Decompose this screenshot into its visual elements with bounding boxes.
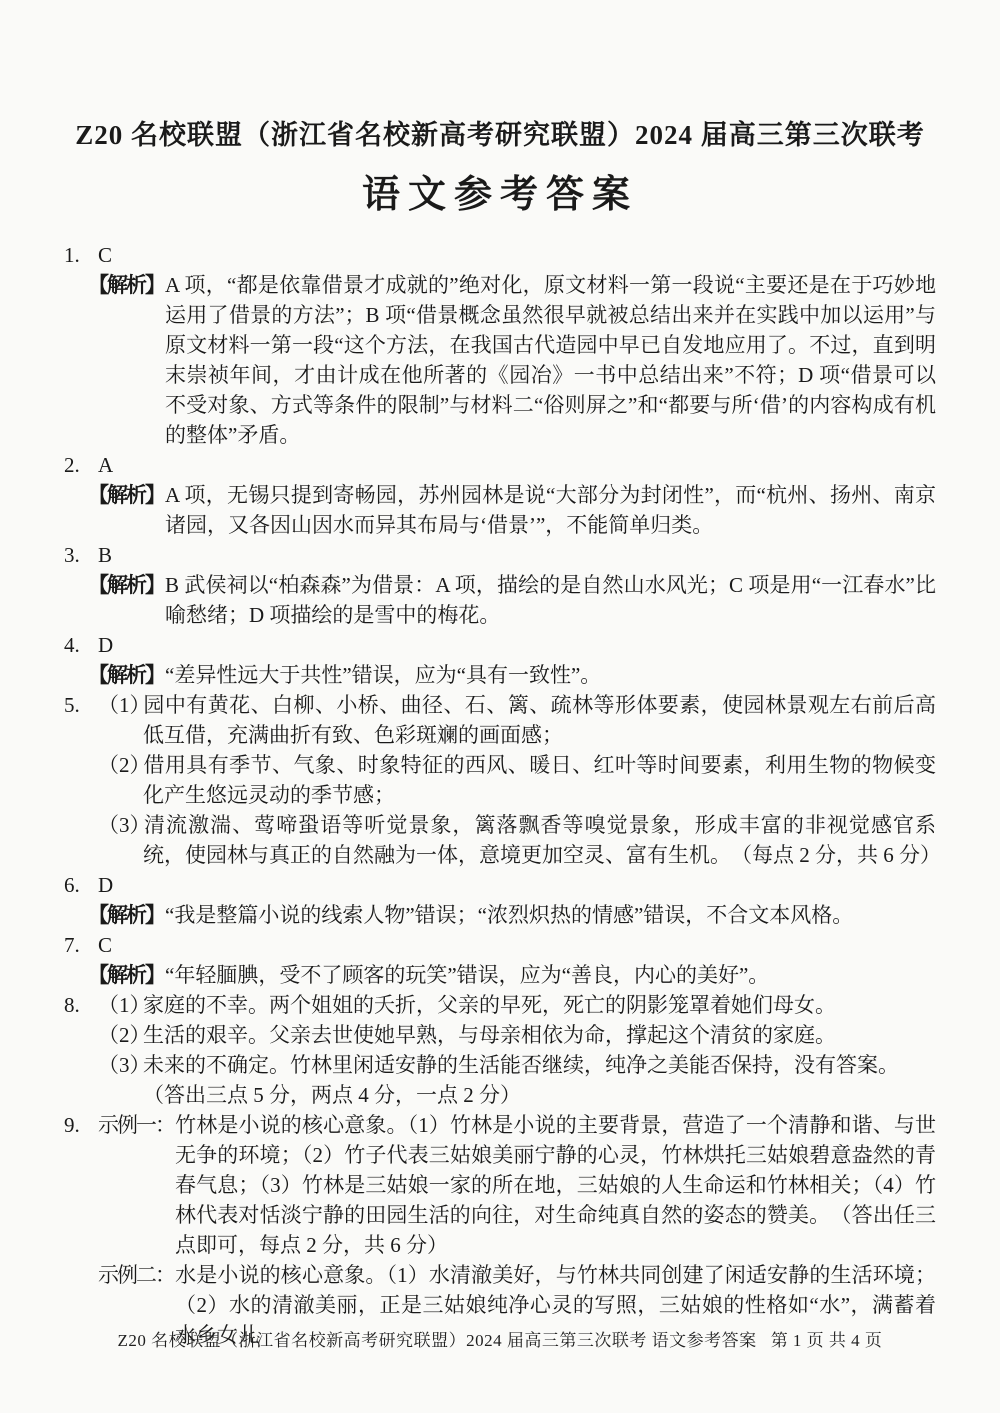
question-number: 9.	[64, 1110, 98, 1350]
question-number: 2.	[64, 450, 98, 480]
exam-answer-sheet: Z20 名校联盟（浙江省名校新高考研究联盟）2024 届高三第三次联考 语文参考…	[0, 0, 1000, 1413]
question-9-block: 9. 示例一：竹林是小说的核心意象。（1）竹林是小说的主要背景，营造了一个清静和…	[64, 1110, 936, 1350]
analysis-paragraph: 【解析】B 武侯祠以“柏森森”为借景：A 项，描绘的是自然山水风光；C 项是用“…	[88, 570, 936, 630]
question-number: 8.	[64, 990, 98, 1110]
part-label: （2）	[98, 750, 143, 780]
page-indicator: 第 1 页 共 4 页	[771, 1331, 883, 1350]
part-text: 清流激湍、莺啼蛩语等听觉景象，篱落飘香等嗅觉景象，形成丰富的非视觉感官系统，使园…	[143, 813, 941, 867]
question-5-block: 5. （1）园中有黄花、白柳、小桥、曲径、石、篱、疏林等形体要素，使园林景观左右…	[64, 690, 936, 870]
analysis-text: A 项，“都是依靠借景才成就的”绝对化，原文材料一第一段说“主要还是在于巧妙地运…	[165, 273, 936, 447]
analysis-label: 【解析】	[88, 270, 165, 300]
answers-list: 1.C 【解析】A 项，“都是依靠借景才成就的”绝对化，原文材料一第一段说“主要…	[64, 240, 936, 1350]
answer-choice: C	[98, 930, 112, 960]
part-label: （3）	[98, 1050, 143, 1080]
part-text: 园中有黄花、白柳、小桥、曲径、石、篱、疏林等形体要素，使园林景观左右前后高低互借…	[143, 693, 936, 747]
answer-part: （3）清流激湍、莺啼蛩语等听觉景象，篱落飘香等嗅觉景象，形成丰富的非视觉感官系统…	[98, 810, 936, 870]
example-text: 竹林是小说的核心意象。（1）竹林是小说的主要背景，营造了一个清静和谐、与世无争的…	[175, 1113, 936, 1257]
analysis-label: 【解析】	[88, 480, 165, 510]
question-number: 4.	[64, 630, 98, 660]
question-6-block: 6.D 【解析】“我是整篇小说的线索人物”错误；“浓烈炽热的情感”错误，不合文本…	[64, 870, 936, 930]
part-text: 生活的艰辛。父亲去世使她早熟，与母亲相依为命，撑起这个清贫的家庭。	[143, 1023, 836, 1047]
answer-choice: A	[98, 450, 113, 480]
analysis-paragraph: 【解析】“年轻腼腆，受不了顾客的玩笑”错误，应为“善良，内心的美好”。	[88, 960, 936, 990]
question-3-block: 3.B 【解析】B 武侯祠以“柏森森”为借景：A 项，描绘的是自然山水风光；C …	[64, 540, 936, 630]
answer-line: 3.B	[64, 540, 936, 570]
answer-part: （2）生活的艰辛。父亲去世使她早熟，与母亲相依为命，撑起这个清贫的家庭。	[98, 1020, 936, 1050]
analysis-label: 【解析】	[88, 570, 165, 600]
example-label: 示例一：	[98, 1110, 175, 1140]
page-footer: Z20 名校联盟（浙江省名校新高考研究联盟）2024 届高三第三次联考 语文参考…	[0, 1326, 1000, 1351]
footer-title: Z20 名校联盟（浙江省名校新高考研究联盟）2024 届高三第三次联考 语文参考…	[118, 1331, 757, 1350]
question-8-answer: （1）家庭的不幸。两个姐姐的夭折，父亲的早死，死亡的阴影笼罩着她们母女。 （2）…	[98, 990, 936, 1110]
document-title: Z20 名校联盟（浙江省名校新高考研究联盟）2024 届高三第三次联考	[0, 0, 1000, 154]
question-number: 3.	[64, 540, 98, 570]
answer-line: 2.A	[64, 450, 936, 480]
question-number: 1.	[64, 240, 98, 270]
part-text: 借用具有季节、气象、时象特征的西风、暖日、红叶等时间要素，利用生物的物候变化产生…	[143, 753, 936, 807]
question-8-block: 8. （1）家庭的不幸。两个姐姐的夭折，父亲的早死，死亡的阴影笼罩着她们母女。 …	[64, 990, 936, 1110]
analysis-text: “我是整篇小说的线索人物”错误；“浓烈炽热的情感”错误，不合文本风格。	[165, 903, 853, 927]
document-subtitle: 语文参考答案	[0, 170, 1000, 220]
question-4-block: 4.D 【解析】“差异性远大于共性”错误，应为“具有一致性”。	[64, 630, 936, 690]
analysis-text: B 武侯祠以“柏森森”为借景：A 项，描绘的是自然山水风光；C 项是用“一江春水…	[165, 573, 936, 627]
answer-part: （1）家庭的不幸。两个姐姐的夭折，父亲的早死，死亡的阴影笼罩着她们母女。	[98, 990, 936, 1020]
part-text: 家庭的不幸。两个姐姐的夭折，父亲的早死，死亡的阴影笼罩着她们母女。	[143, 993, 836, 1017]
analysis-paragraph: 【解析】A 项，无锡只提到寄畅园，苏州园林是说“大部分为封闭性”，而“杭州、扬州…	[88, 480, 936, 540]
answer-line: 7.C	[64, 930, 936, 960]
example-label: 示例二：	[98, 1260, 175, 1290]
analysis-text: A 项，无锡只提到寄畅园，苏州园林是说“大部分为封闭性”，而“杭州、扬州、南京诸…	[165, 483, 936, 537]
analysis-paragraph: 【解析】“我是整篇小说的线索人物”错误；“浓烈炽热的情感”错误，不合文本风格。	[88, 900, 936, 930]
question-number: 6.	[64, 870, 98, 900]
answer-part: （1）园中有黄花、白柳、小桥、曲径、石、篱、疏林等形体要素，使园林景观左右前后高…	[98, 690, 936, 750]
answer-choice: C	[98, 240, 112, 270]
analysis-label: 【解析】	[88, 660, 165, 690]
answer-choice: B	[98, 540, 112, 570]
analysis-label: 【解析】	[88, 960, 165, 990]
question-1-block: 1.C 【解析】A 项，“都是依靠借景才成就的”绝对化，原文材料一第一段说“主要…	[64, 240, 936, 450]
part-label: （2）	[98, 1020, 143, 1050]
answer-line: 6.D	[64, 870, 936, 900]
analysis-text: “差异性远大于共性”错误，应为“具有一致性”。	[165, 663, 601, 687]
example-answer: 示例一：竹林是小说的核心意象。（1）竹林是小说的主要背景，营造了一个清静和谐、与…	[98, 1110, 936, 1260]
question-number: 7.	[64, 930, 98, 960]
answer-choice: D	[98, 870, 113, 900]
question-9-answer: 示例一：竹林是小说的核心意象。（1）竹林是小说的主要背景，营造了一个清静和谐、与…	[98, 1110, 936, 1350]
answer-part: （3）未来的不确定。竹林里闲适安静的生活能否继续，纯净之美能否保持，没有答案。	[98, 1050, 936, 1080]
answer-line: 1.C	[64, 240, 936, 270]
analysis-text: “年轻腼腆，受不了顾客的玩笑”错误，应为“善良，内心的美好”。	[165, 963, 769, 987]
question-5-answer: （1）园中有黄花、白柳、小桥、曲径、石、篱、疏林等形体要素，使园林景观左右前后高…	[98, 690, 936, 870]
part-text: 未来的不确定。竹林里闲适安静的生活能否继续，纯净之美能否保持，没有答案。	[143, 1053, 899, 1077]
question-7-block: 7.C 【解析】“年轻腼腆，受不了顾客的玩笑”错误，应为“善良，内心的美好”。	[64, 930, 936, 990]
scoring-note: （答出三点 5 分，两点 4 分，一点 2 分）	[98, 1080, 936, 1110]
question-2-block: 2.A 【解析】A 项，无锡只提到寄畅园，苏州园林是说“大部分为封闭性”，而“杭…	[64, 450, 936, 540]
analysis-paragraph: 【解析】A 项，“都是依靠借景才成就的”绝对化，原文材料一第一段说“主要还是在于…	[88, 270, 936, 450]
answer-part: （2）借用具有季节、气象、时象特征的西风、暖日、红叶等时间要素，利用生物的物候变…	[98, 750, 936, 810]
part-label: （1）	[98, 690, 143, 720]
part-label: （1）	[98, 990, 143, 1020]
question-number: 5.	[64, 690, 98, 870]
part-label: （3）	[98, 810, 143, 840]
answer-choice: D	[98, 630, 113, 660]
answer-line: 4.D	[64, 630, 936, 660]
analysis-label: 【解析】	[88, 900, 165, 930]
analysis-paragraph: 【解析】“差异性远大于共性”错误，应为“具有一致性”。	[88, 660, 936, 690]
